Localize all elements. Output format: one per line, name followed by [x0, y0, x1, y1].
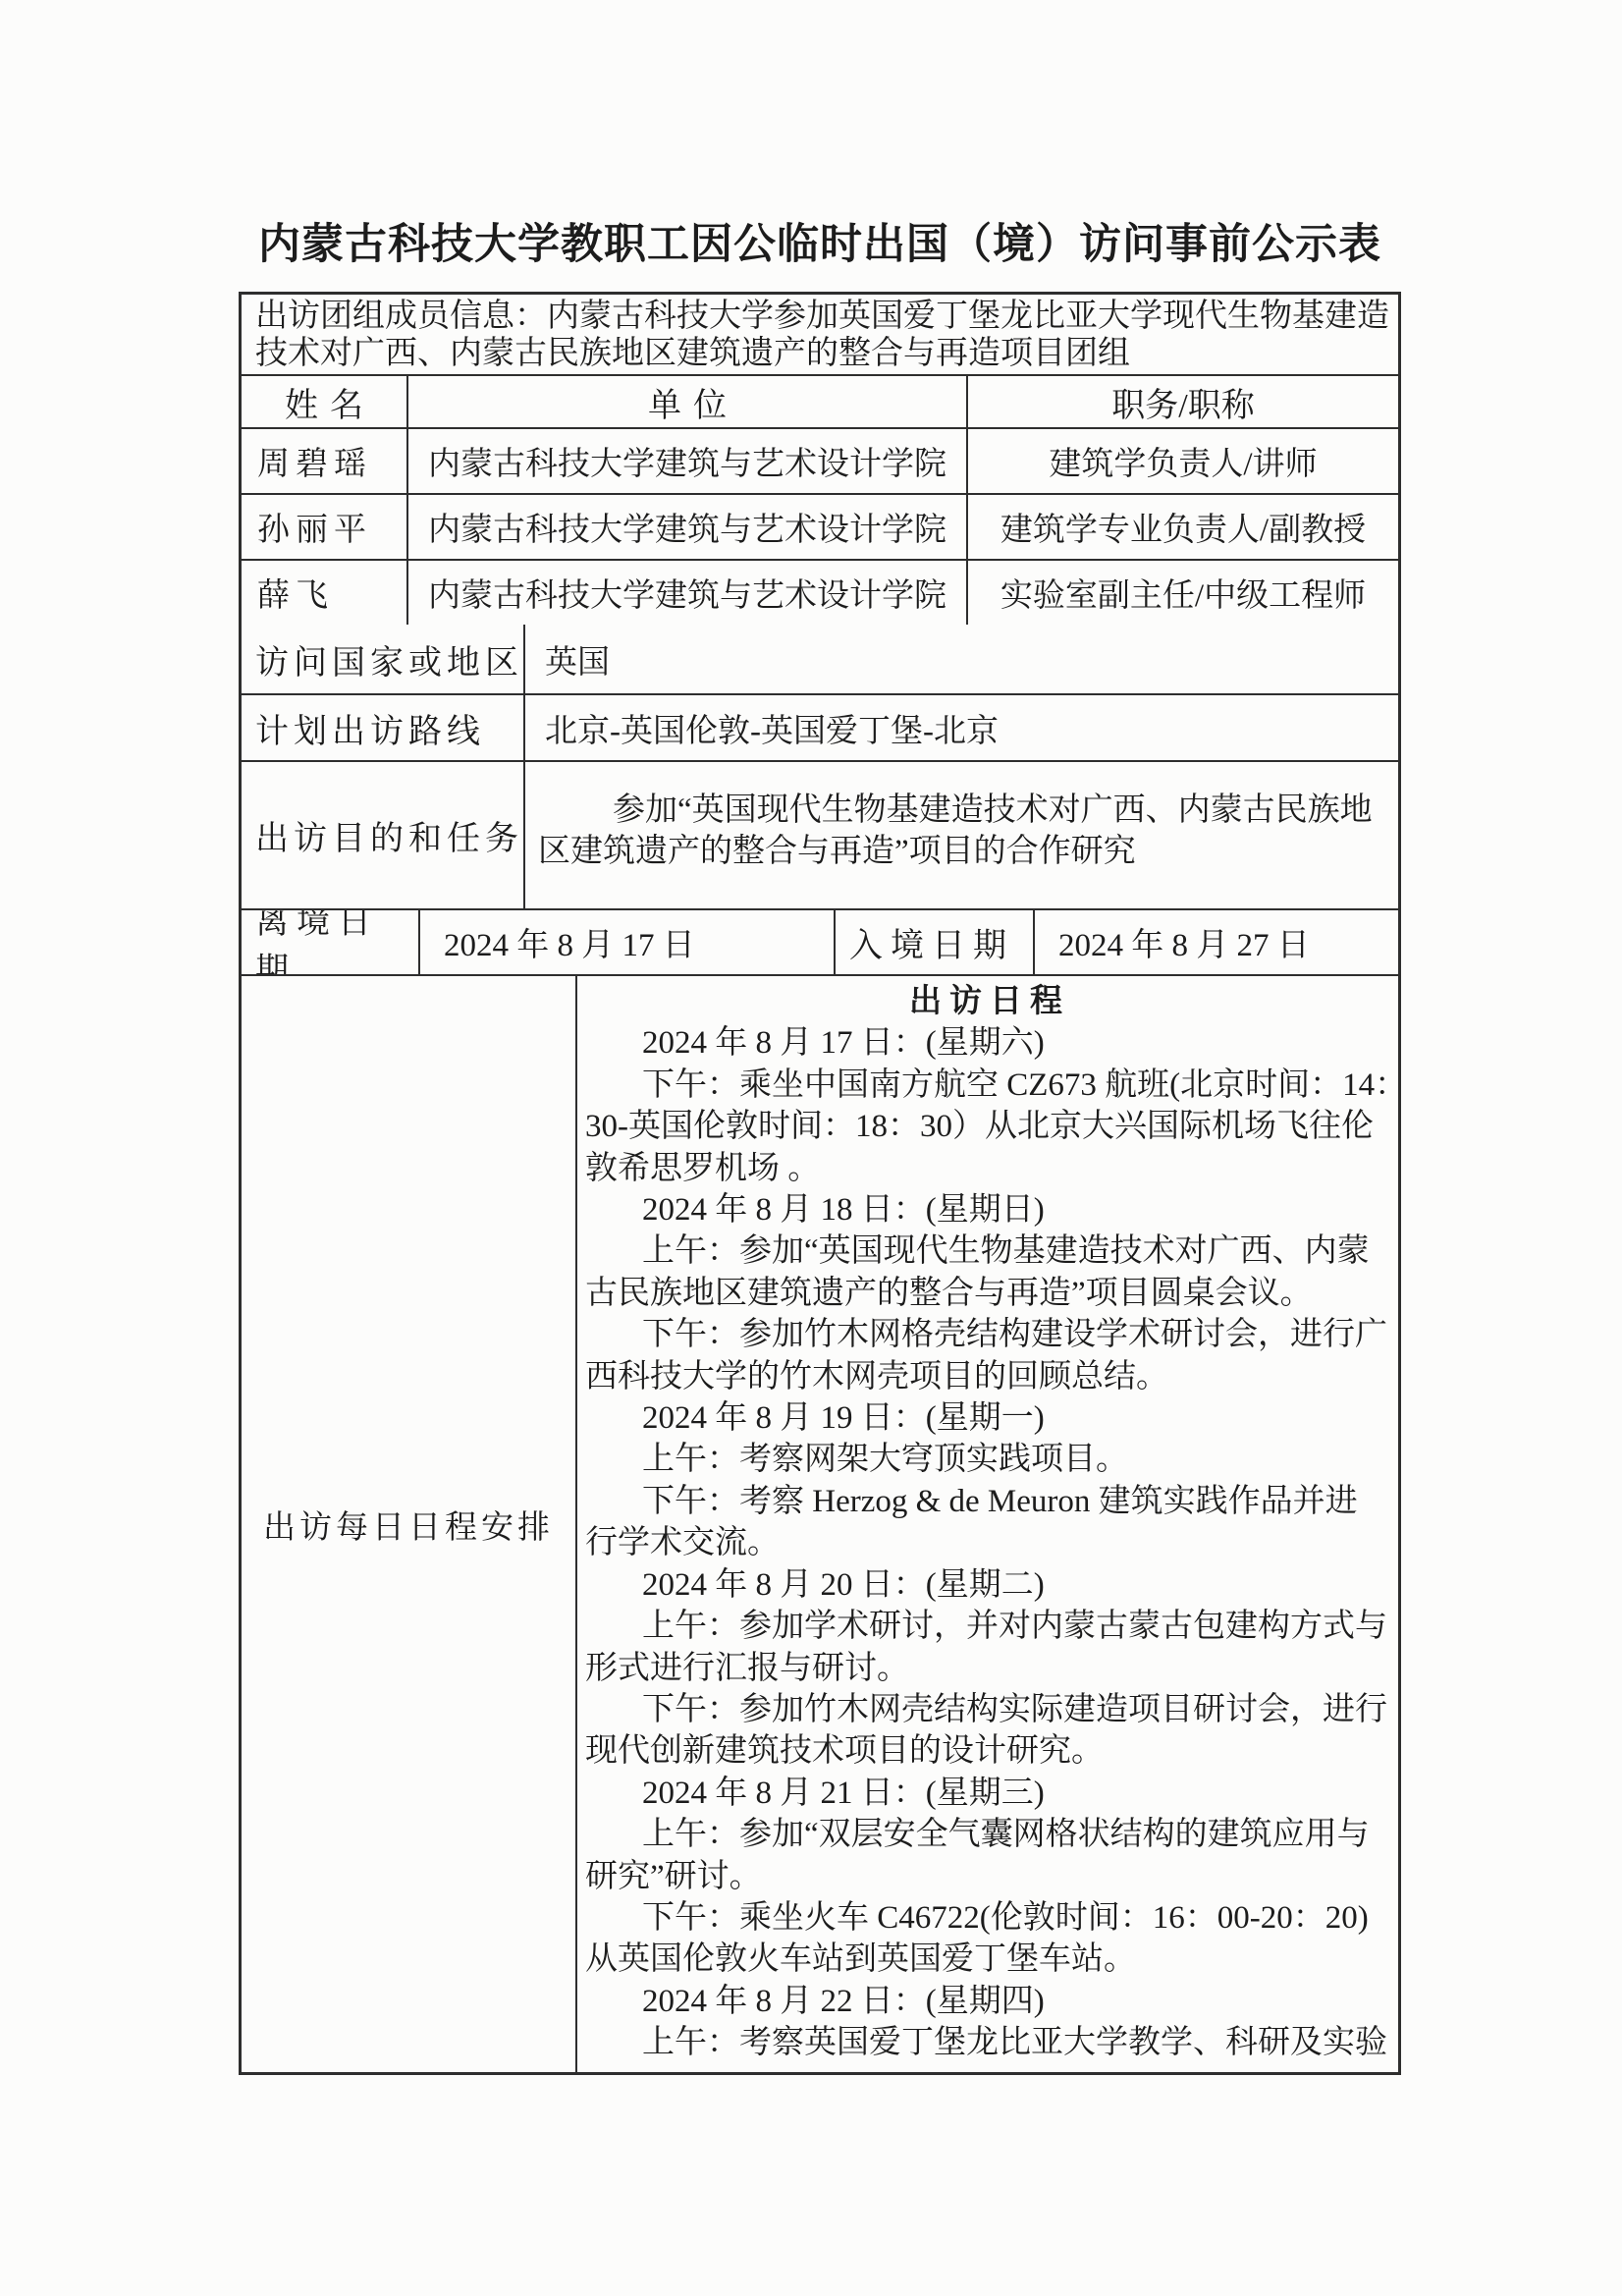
itinerary-line: 2024 年 8 月 19 日：(星期一)	[585, 1397, 1394, 1439]
itinerary-line: 下午：考察 Herzog & de Meuron 建筑实践作品并进	[585, 1481, 1394, 1522]
itinerary-line: 下午：参加竹木网壳结构实际建造项目研讨会，进行	[585, 1689, 1394, 1730]
member-unit: 内蒙古科技大学建筑与艺术设计学院	[408, 429, 968, 493]
purpose-label: 出访目的和任务	[242, 762, 525, 908]
itinerary-line: 形式进行汇报与研讨。	[585, 1648, 1394, 1689]
itinerary-line: 2024 年 8 月 18 日：(星期日)	[585, 1189, 1394, 1230]
itinerary-line: 上午：参加“双层安全气囊网格状结构的建筑应用与	[585, 1814, 1394, 1855]
itinerary-line: 30-英国伦敦时间：18：30）从北京大兴国际机场飞往伦	[585, 1106, 1394, 1147]
member-unit: 内蒙古科技大学建筑与艺术设计学院	[408, 561, 968, 625]
team-info-row: 出访团组成员信息：内蒙古科技大学参加英国爱丁堡龙比亚大学现代生物基建造技术对广西…	[242, 295, 1398, 376]
itinerary-line: 从英国伦敦火车站到英国爱丁堡车站。	[585, 1939, 1394, 1980]
depart-date-value: 2024 年 8 月 17 日	[420, 910, 836, 974]
members-rows: 周碧瑶 内蒙古科技大学建筑与艺术设计学院 建筑学负责人/讲师 孙丽平 内蒙古科技…	[242, 429, 1398, 625]
dates-row: 离境日期 2024 年 8 月 17 日 入境日期 2024 年 8 月 27 …	[242, 910, 1398, 976]
purpose-row: 出访目的和任务 参加“英国现代生物基建造技术对广西、内蒙古民族地区建筑遗产的整合…	[242, 762, 1398, 910]
itinerary-line: 行学术交流。	[585, 1522, 1394, 1563]
header-name: 姓名	[242, 376, 408, 427]
team-info-text: 出访团组成员信息：内蒙古科技大学参加英国爱丁堡龙比亚大学现代生物基建造技术对广西…	[242, 295, 1398, 374]
itinerary-label: 出访每日日程安排	[242, 976, 577, 2072]
member-title: 实验室副主任/中级工程师	[968, 561, 1398, 625]
page-title: 内蒙古科技大学教职工因公临时出国（境）访问事前公示表	[239, 222, 1401, 268]
itinerary-line: 下午：乘坐中国南方航空 CZ673 航班(北京时间：14：	[585, 1065, 1394, 1106]
return-date-label: 入境日期	[836, 910, 1035, 974]
itinerary-line: 西科技大学的竹木网壳项目的回顾总结。	[585, 1356, 1394, 1397]
itinerary-row: 出访每日日程安排 出访日程 2024 年 8 月 17 日：(星期六) 下午：乘…	[242, 976, 1398, 2072]
itinerary-line: 研究”研讨。	[585, 1856, 1394, 1897]
itinerary-line: 2024 年 8 月 20 日：(星期二)	[585, 1564, 1394, 1606]
itinerary-line: 出访日程	[585, 981, 1394, 1022]
header-title: 职务/职称	[968, 376, 1398, 427]
itinerary-line: 上午：参加学术研讨，并对内蒙古蒙古包建构方式与	[585, 1606, 1394, 1647]
member-unit: 内蒙古科技大学建筑与艺术设计学院	[408, 495, 968, 559]
itinerary-line: 现代创新建筑技术项目的设计研究。	[585, 1730, 1394, 1772]
itinerary-line: 2024 年 8 月 22 日：(星期四)	[585, 1981, 1394, 2022]
member-name: 孙丽平	[242, 495, 408, 559]
itinerary-line: 上午：考察英国爱丁堡龙比亚大学教学、科研及实验	[585, 2022, 1394, 2063]
itinerary-line: 古民族地区建筑遗产的整合与再造”项目圆桌会议。	[585, 1273, 1394, 1314]
country-label: 访问国家或地区	[242, 625, 525, 693]
form-table: 出访团组成员信息：内蒙古科技大学参加英国爱丁堡龙比亚大学现代生物基建造技术对广西…	[239, 292, 1401, 2075]
itinerary-line: 上午：参加“英国现代生物基建造技术对广西、内蒙	[585, 1230, 1394, 1272]
member-name: 薛飞	[242, 561, 408, 625]
members-header-row: 姓名 单位 职务/职称	[242, 376, 1398, 429]
member-title: 建筑学负责人/讲师	[968, 429, 1398, 493]
purpose-value: 参加“英国现代生物基建造技术对广西、内蒙古民族地区建筑遗产的整合与再造”项目的合…	[525, 762, 1398, 908]
country-value: 英国	[525, 625, 1398, 693]
route-label: 计划出访路线	[242, 695, 525, 760]
member-row: 孙丽平 内蒙古科技大学建筑与艺术设计学院 建筑学专业负责人/副教授	[242, 495, 1398, 561]
itinerary-line: 2024 年 8 月 21 日：(星期三)	[585, 1773, 1394, 1814]
itinerary-line: 敦希思罗机场 。	[585, 1148, 1394, 1189]
member-name: 周碧瑶	[242, 429, 408, 493]
itinerary-line: 上午：考察网架大穹顶实践项目。	[585, 1439, 1394, 1480]
return-date-value: 2024 年 8 月 27 日	[1035, 910, 1398, 974]
itinerary-line: 下午：乘坐火车 C46722(伦敦时间：16：00-20：20)	[585, 1897, 1394, 1939]
depart-date-label: 离境日期	[242, 910, 420, 974]
itinerary-line: 下午：参加竹木网格壳结构建设学术研讨会，进行广	[585, 1314, 1394, 1355]
header-unit: 单位	[408, 376, 968, 427]
document-page: 内蒙古科技大学教职工因公临时出国（境）访问事前公示表 出访团组成员信息：内蒙古科…	[0, 0, 1622, 2296]
itinerary-body: 出访日程 2024 年 8 月 17 日：(星期六) 下午：乘坐中国南方航空 C…	[577, 976, 1398, 2072]
route-row: 计划出访路线 北京-英国伦敦-英国爱丁堡-北京	[242, 695, 1398, 762]
country-row: 访问国家或地区 英国	[242, 625, 1398, 695]
route-value: 北京-英国伦敦-英国爱丁堡-北京	[525, 695, 1398, 760]
member-row: 薛飞 内蒙古科技大学建筑与艺术设计学院 实验室副主任/中级工程师	[242, 561, 1398, 625]
member-row: 周碧瑶 内蒙古科技大学建筑与艺术设计学院 建筑学负责人/讲师	[242, 429, 1398, 495]
itinerary-line: 2024 年 8 月 17 日：(星期六)	[585, 1022, 1394, 1064]
member-title: 建筑学专业负责人/副教授	[968, 495, 1398, 559]
